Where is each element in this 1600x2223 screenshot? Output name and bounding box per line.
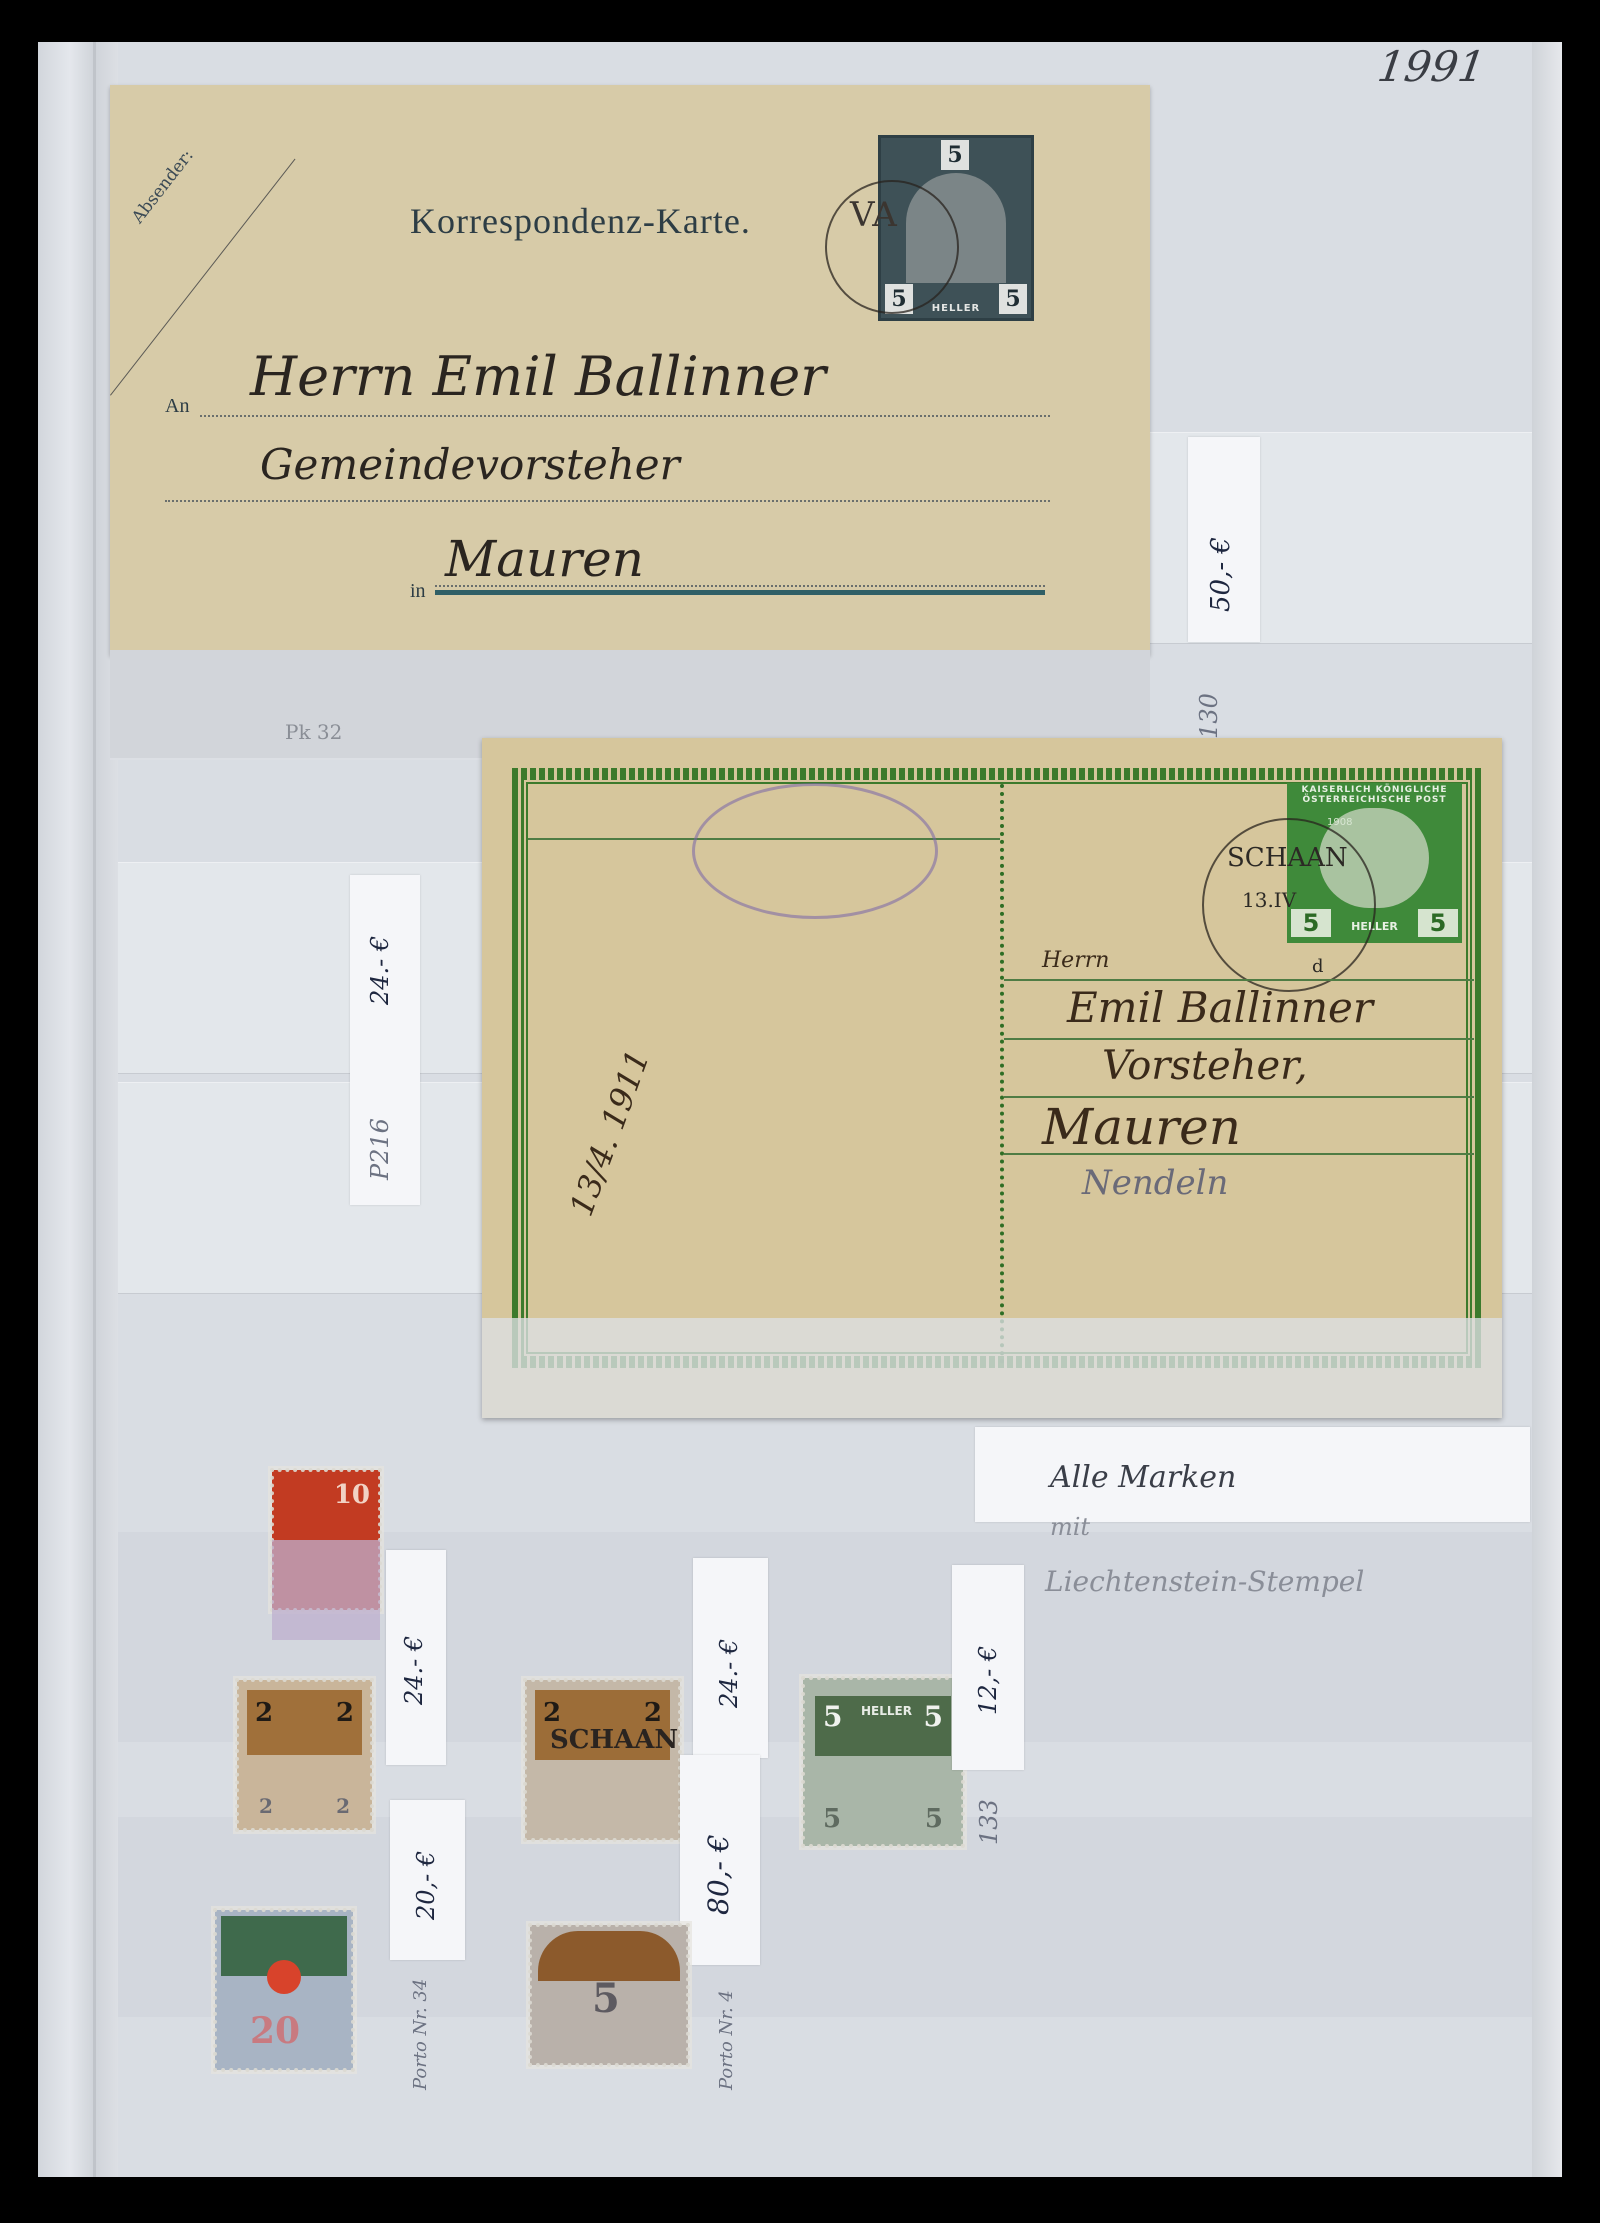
stamp-value: 5	[941, 140, 969, 170]
stamp-legend: KAISERLICH KÖNIGLICHE ÖSTERREICHISCHE PO…	[1292, 785, 1457, 805]
note-line2: mit	[1050, 1513, 1090, 1541]
stamp-value: 5	[823, 1804, 841, 1834]
album-spine	[38, 42, 118, 2177]
stamp-year: 1908	[1327, 817, 1352, 828]
stamp-value: 2	[259, 1794, 273, 1818]
price-text: 80,- €	[702, 1834, 735, 1915]
stamp-value: 2	[644, 1698, 662, 1728]
card-title: Korrespondenz-Karte.	[410, 200, 751, 242]
address-dotted-line	[165, 500, 1050, 502]
stamp-value: 5	[823, 1700, 842, 1733]
stamp-value: 20	[250, 2010, 300, 2052]
stamp-unit: HELLER	[861, 1704, 912, 1718]
price-label: 24.- €	[386, 1550, 446, 1765]
catalog-ref: P216	[366, 1118, 394, 1180]
address-line1: Herrn	[1042, 948, 1109, 973]
stamp-value: 2	[543, 1698, 561, 1728]
postmark-date: 13.IV	[1242, 888, 1296, 912]
stamp-value: 5	[999, 284, 1027, 314]
sleeve-overlay	[272, 1540, 380, 1640]
price-text: 24.- €	[366, 936, 394, 1005]
stamp-value: 10	[334, 1480, 370, 1510]
stamp-value: 5	[592, 1975, 620, 2022]
price-label: 20,- €	[390, 1800, 465, 1960]
price-text: 24.- €	[715, 1639, 743, 1708]
price-label: 80,- €	[680, 1755, 760, 1965]
price-label: 24.- €	[693, 1558, 768, 1758]
album-sleeve	[482, 1318, 1502, 1418]
stamp-unit: HELLER	[921, 303, 991, 314]
note-line3: Liechtenstein-Stempel	[1045, 1565, 1364, 1598]
postmark-letter: d	[1312, 956, 1324, 977]
catalog-ref: Porto Nr. 34	[410, 1979, 431, 2090]
handwritten-city: Mauren	[445, 530, 644, 588]
handwritten-address-line1: Herrn Emil Ballinner	[250, 345, 826, 408]
address-line2: Emil Ballinner	[1067, 983, 1373, 1032]
address-dotted-line	[200, 415, 1050, 417]
catalog-ref: 133	[975, 1799, 1003, 1845]
brown-2-kreuzer-stamp-2: 2 2 SCHAAN	[525, 1680, 680, 1840]
address-prefix-an: An	[165, 395, 189, 418]
pencil-note: Pk 32	[285, 720, 342, 744]
stamp-value: 5	[924, 1700, 943, 1733]
green-5-heller-stamp: 5 5 HELLER 5 5	[803, 1678, 963, 1846]
catalog-ref: Porto Nr. 4	[716, 1990, 737, 2090]
address-line4: Mauren	[1042, 1098, 1241, 1156]
stamp-value: 5	[1418, 909, 1458, 937]
note-line1: Alle Marken	[1050, 1460, 1236, 1495]
price-label: 12,- €	[952, 1565, 1024, 1770]
sender-cachet	[692, 783, 938, 919]
ruled-line	[1004, 1038, 1474, 1040]
spine-crease	[93, 42, 96, 2177]
swiss-postage-due-20-stamp: 20	[215, 1910, 353, 2070]
stamp-value: 5	[925, 1804, 943, 1834]
address-line5: Nendeln	[1082, 1163, 1228, 1203]
stamp-value: 2	[255, 1698, 273, 1728]
postmark-text: SCHAAN	[550, 1725, 678, 1755]
austria-postage-due-5-stamp: 5	[530, 1925, 688, 2065]
brown-2-kreuzer-stamp-1: 2 2 2 2	[237, 1680, 372, 1830]
page-number: 1991	[1375, 42, 1489, 91]
price-text: 50,- €	[1206, 537, 1236, 612]
page-edge	[1532, 42, 1562, 2177]
price-label: 24.- € P216	[350, 875, 420, 1205]
price-text: 20,- €	[412, 1851, 440, 1920]
handwritten-address-line2: Gemeindevorsteher	[260, 440, 680, 489]
price-text: 12,- €	[974, 1646, 1002, 1715]
sender-label: Absender:	[128, 146, 198, 227]
postmark-town: SCHAAN	[1227, 843, 1348, 873]
postmark-text: VA	[850, 195, 897, 235]
swiss-shield	[267, 1960, 301, 1994]
stamp-value: 2	[336, 1794, 350, 1818]
postal-card-1908: KAISERLICH KÖNIGLICHE ÖSTERREICHISCHE PO…	[482, 738, 1502, 1418]
stamp-value: 2	[336, 1698, 354, 1728]
stamp-frame-top	[538, 1931, 680, 1981]
city-underline	[435, 590, 1045, 595]
address-prefix-in: in	[410, 580, 426, 603]
card-divider	[1000, 784, 1004, 1364]
price-label: 50,- €	[1188, 437, 1260, 642]
address-line3: Vorsteher,	[1102, 1043, 1308, 1089]
postal-card-korrespondenz: Absender: Korrespondenz-Karte. 5 5 5 HEL…	[110, 85, 1150, 655]
price-text: 24.- €	[400, 1636, 428, 1705]
ruled-line	[1004, 979, 1474, 981]
